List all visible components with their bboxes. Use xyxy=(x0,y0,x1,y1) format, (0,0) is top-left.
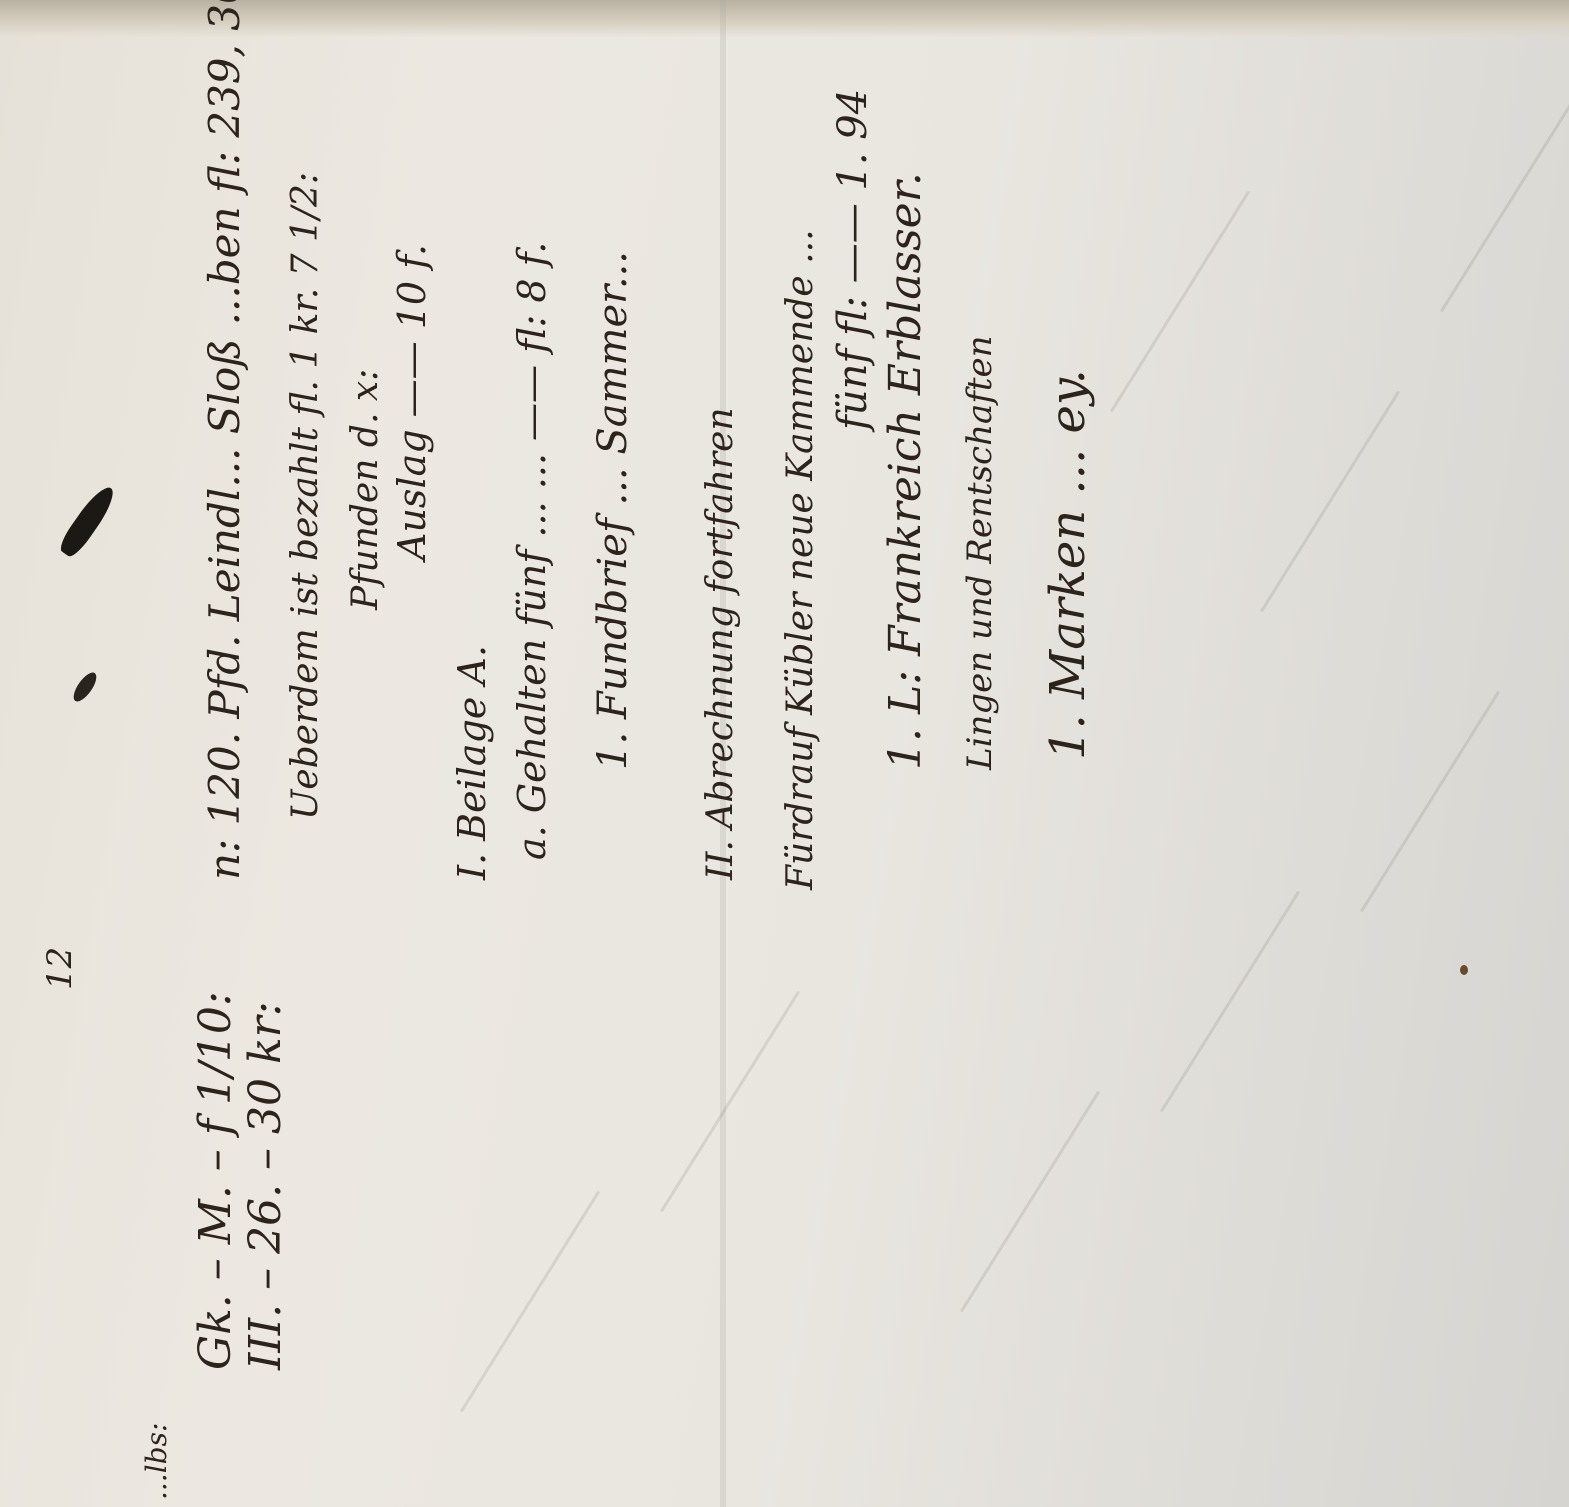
header-line-2: III. – 26. – 30 kr: xyxy=(240,1001,291,1370)
ink-blot xyxy=(56,482,120,560)
body-line: 1. Marken ... ey. xyxy=(1040,369,1096,760)
body-line: Ueberdem ist bezahlt fl. 1 kr. 7 1/2: xyxy=(285,172,326,820)
bleed-through-stroke xyxy=(960,1090,1100,1312)
body-line: Fürdrauf Kübler neue Kammende ... xyxy=(780,229,821,890)
body-line: n: 120. Pfd. Leindl... Sloß ...ben fl: 2… xyxy=(200,0,249,880)
bleed-through-stroke xyxy=(660,990,800,1212)
page-number: 12 xyxy=(40,947,80,990)
body-line: a. Gehalten fünf ... ... —— fl: 8 f. xyxy=(510,242,554,860)
body-line: fünf fl: —— 1. 94 xyxy=(830,89,876,430)
bleed-through-stroke xyxy=(460,1190,600,1412)
body-line: Lingen und Rentschaften xyxy=(960,335,1000,770)
bleed-through-stroke xyxy=(1160,890,1300,1112)
bleed-through-stroke xyxy=(1440,90,1569,312)
paper-spot xyxy=(1460,965,1468,975)
body-line: Auslag —— 10 f. xyxy=(390,244,434,560)
ink-smudge xyxy=(70,669,101,705)
section-heading-II: II. Abrechnung fortfahren xyxy=(700,407,741,880)
margin-fragment: ...lbs: xyxy=(140,1423,173,1500)
body-line: 1. L: Frankreich Erblasser. xyxy=(880,172,931,770)
bleed-through-stroke xyxy=(1110,190,1250,412)
section-heading-I: I. Beilage A. xyxy=(450,645,494,880)
body-line: 1. Fundbrief ... Sammer... xyxy=(590,251,636,770)
bleed-through-stroke xyxy=(1360,690,1500,912)
body-line: Pfunden d. x: xyxy=(345,369,386,610)
header-line-1: Gk. – M. – f 1/10: xyxy=(190,991,241,1370)
bleed-through-stroke xyxy=(1260,390,1400,612)
